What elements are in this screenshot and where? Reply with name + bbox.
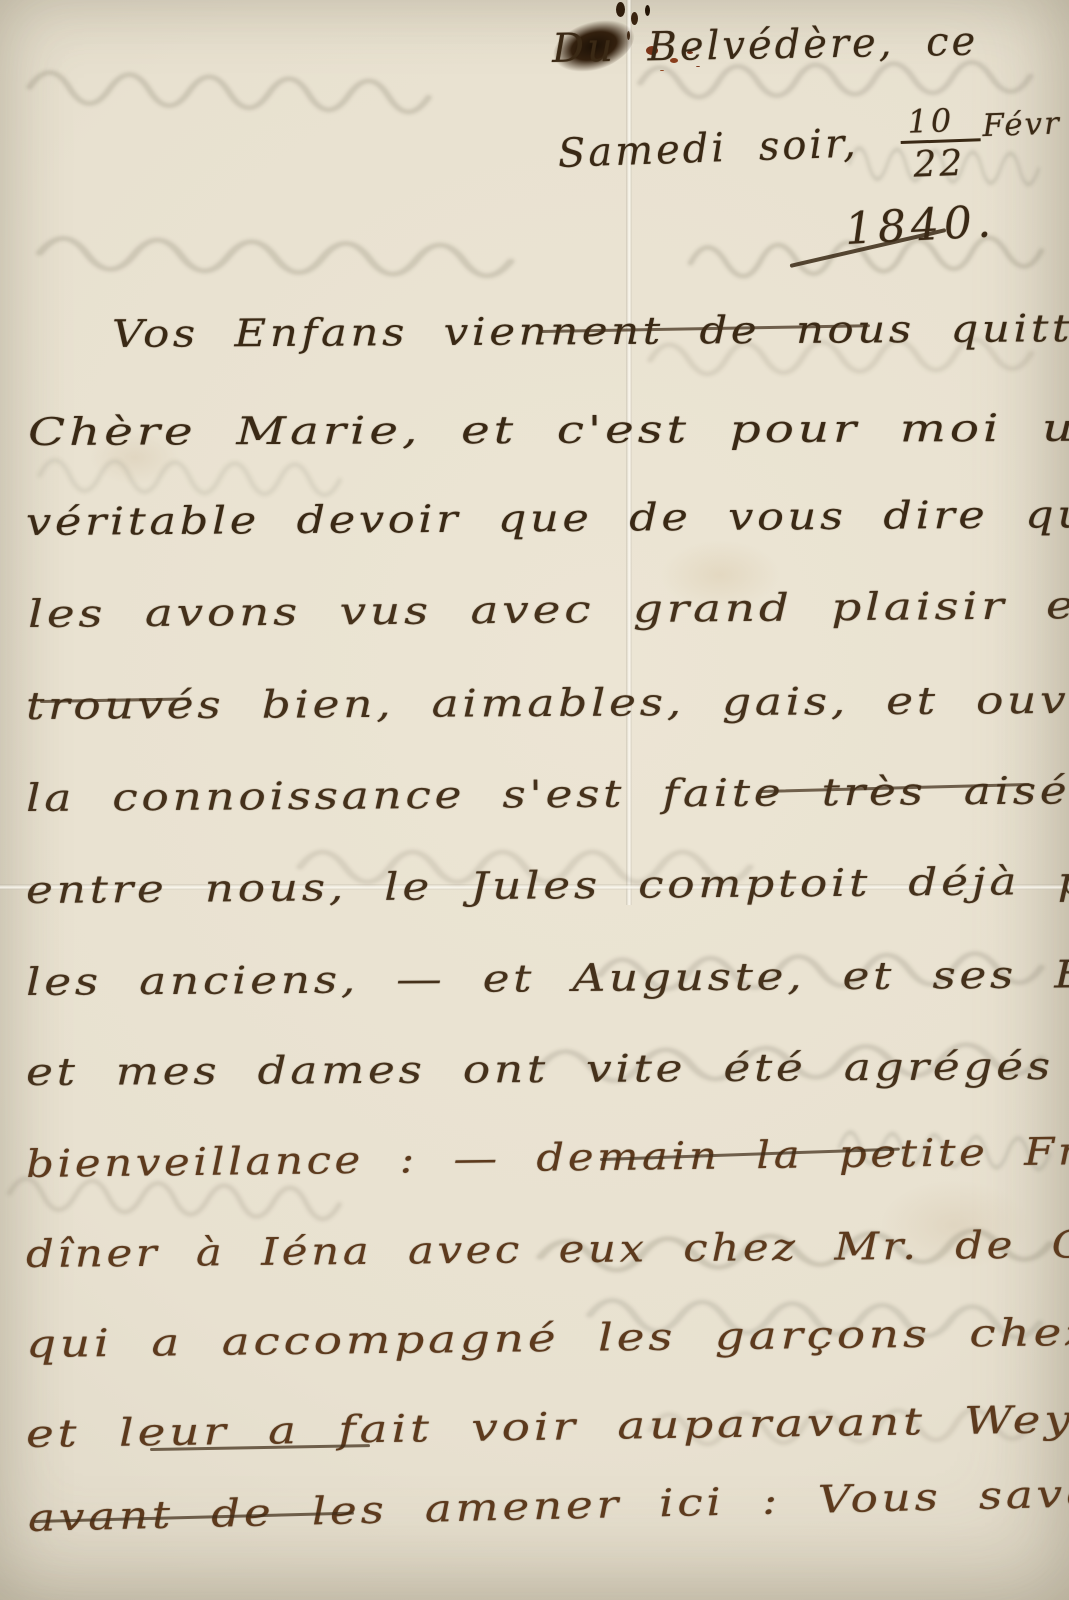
letter-line-7: entre nous, le Jules comptoit déjà parmi	[26, 858, 1069, 912]
letter-line-2: Chère Marie, et c'est pour moi un	[28, 406, 1069, 454]
dateline-day-text: Samedi soir,	[557, 121, 859, 177]
date-month: Févr	[982, 105, 1062, 144]
seal-residue-marks	[616, 2, 625, 17]
letter-line-3: véritable devoir que de vous dire que no…	[26, 491, 1069, 544]
letter-page: Du Belvédère, ce Samedi soir, 1022Févr 1…	[0, 0, 1069, 1600]
letter-line-5: trouvés bien, aimables, gais, et ouverts…	[26, 677, 1069, 728]
dateline-place: Du Belvédère, ce	[552, 19, 979, 72]
date-fraction-numerator: 10	[899, 103, 981, 144]
letter-line-14: avant de les amener ici : Vous savez par	[27, 1468, 1069, 1540]
letter-line-4: les avons vus avec grand plaisir et	[28, 583, 1069, 636]
dateline-place-text: Du Belvédère, ce	[552, 19, 979, 72]
letter-line-8: les anciens, — et Auguste, et ses Enfans	[26, 951, 1069, 1004]
letter-line-6: la connoissance s'est faite très aisémen…	[26, 767, 1069, 820]
letter-line-12: qui a accompagné les garçons chez nous	[26, 1308, 1069, 1366]
letter-line-9: et mes dames ont vite été agrégés à leur	[26, 1043, 1069, 1094]
date-fraction: 1022	[899, 103, 982, 184]
letter-line-10: bienveillance : — demain la petite Fritz…	[26, 1127, 1069, 1186]
dateline-day: Samedi soir, 1022Févr	[557, 100, 1063, 196]
date-fraction-denominator: 22	[900, 141, 982, 184]
letter-line-11: dîner à Iéna avec eux chez Mr. de Gregoi…	[26, 1221, 1069, 1276]
